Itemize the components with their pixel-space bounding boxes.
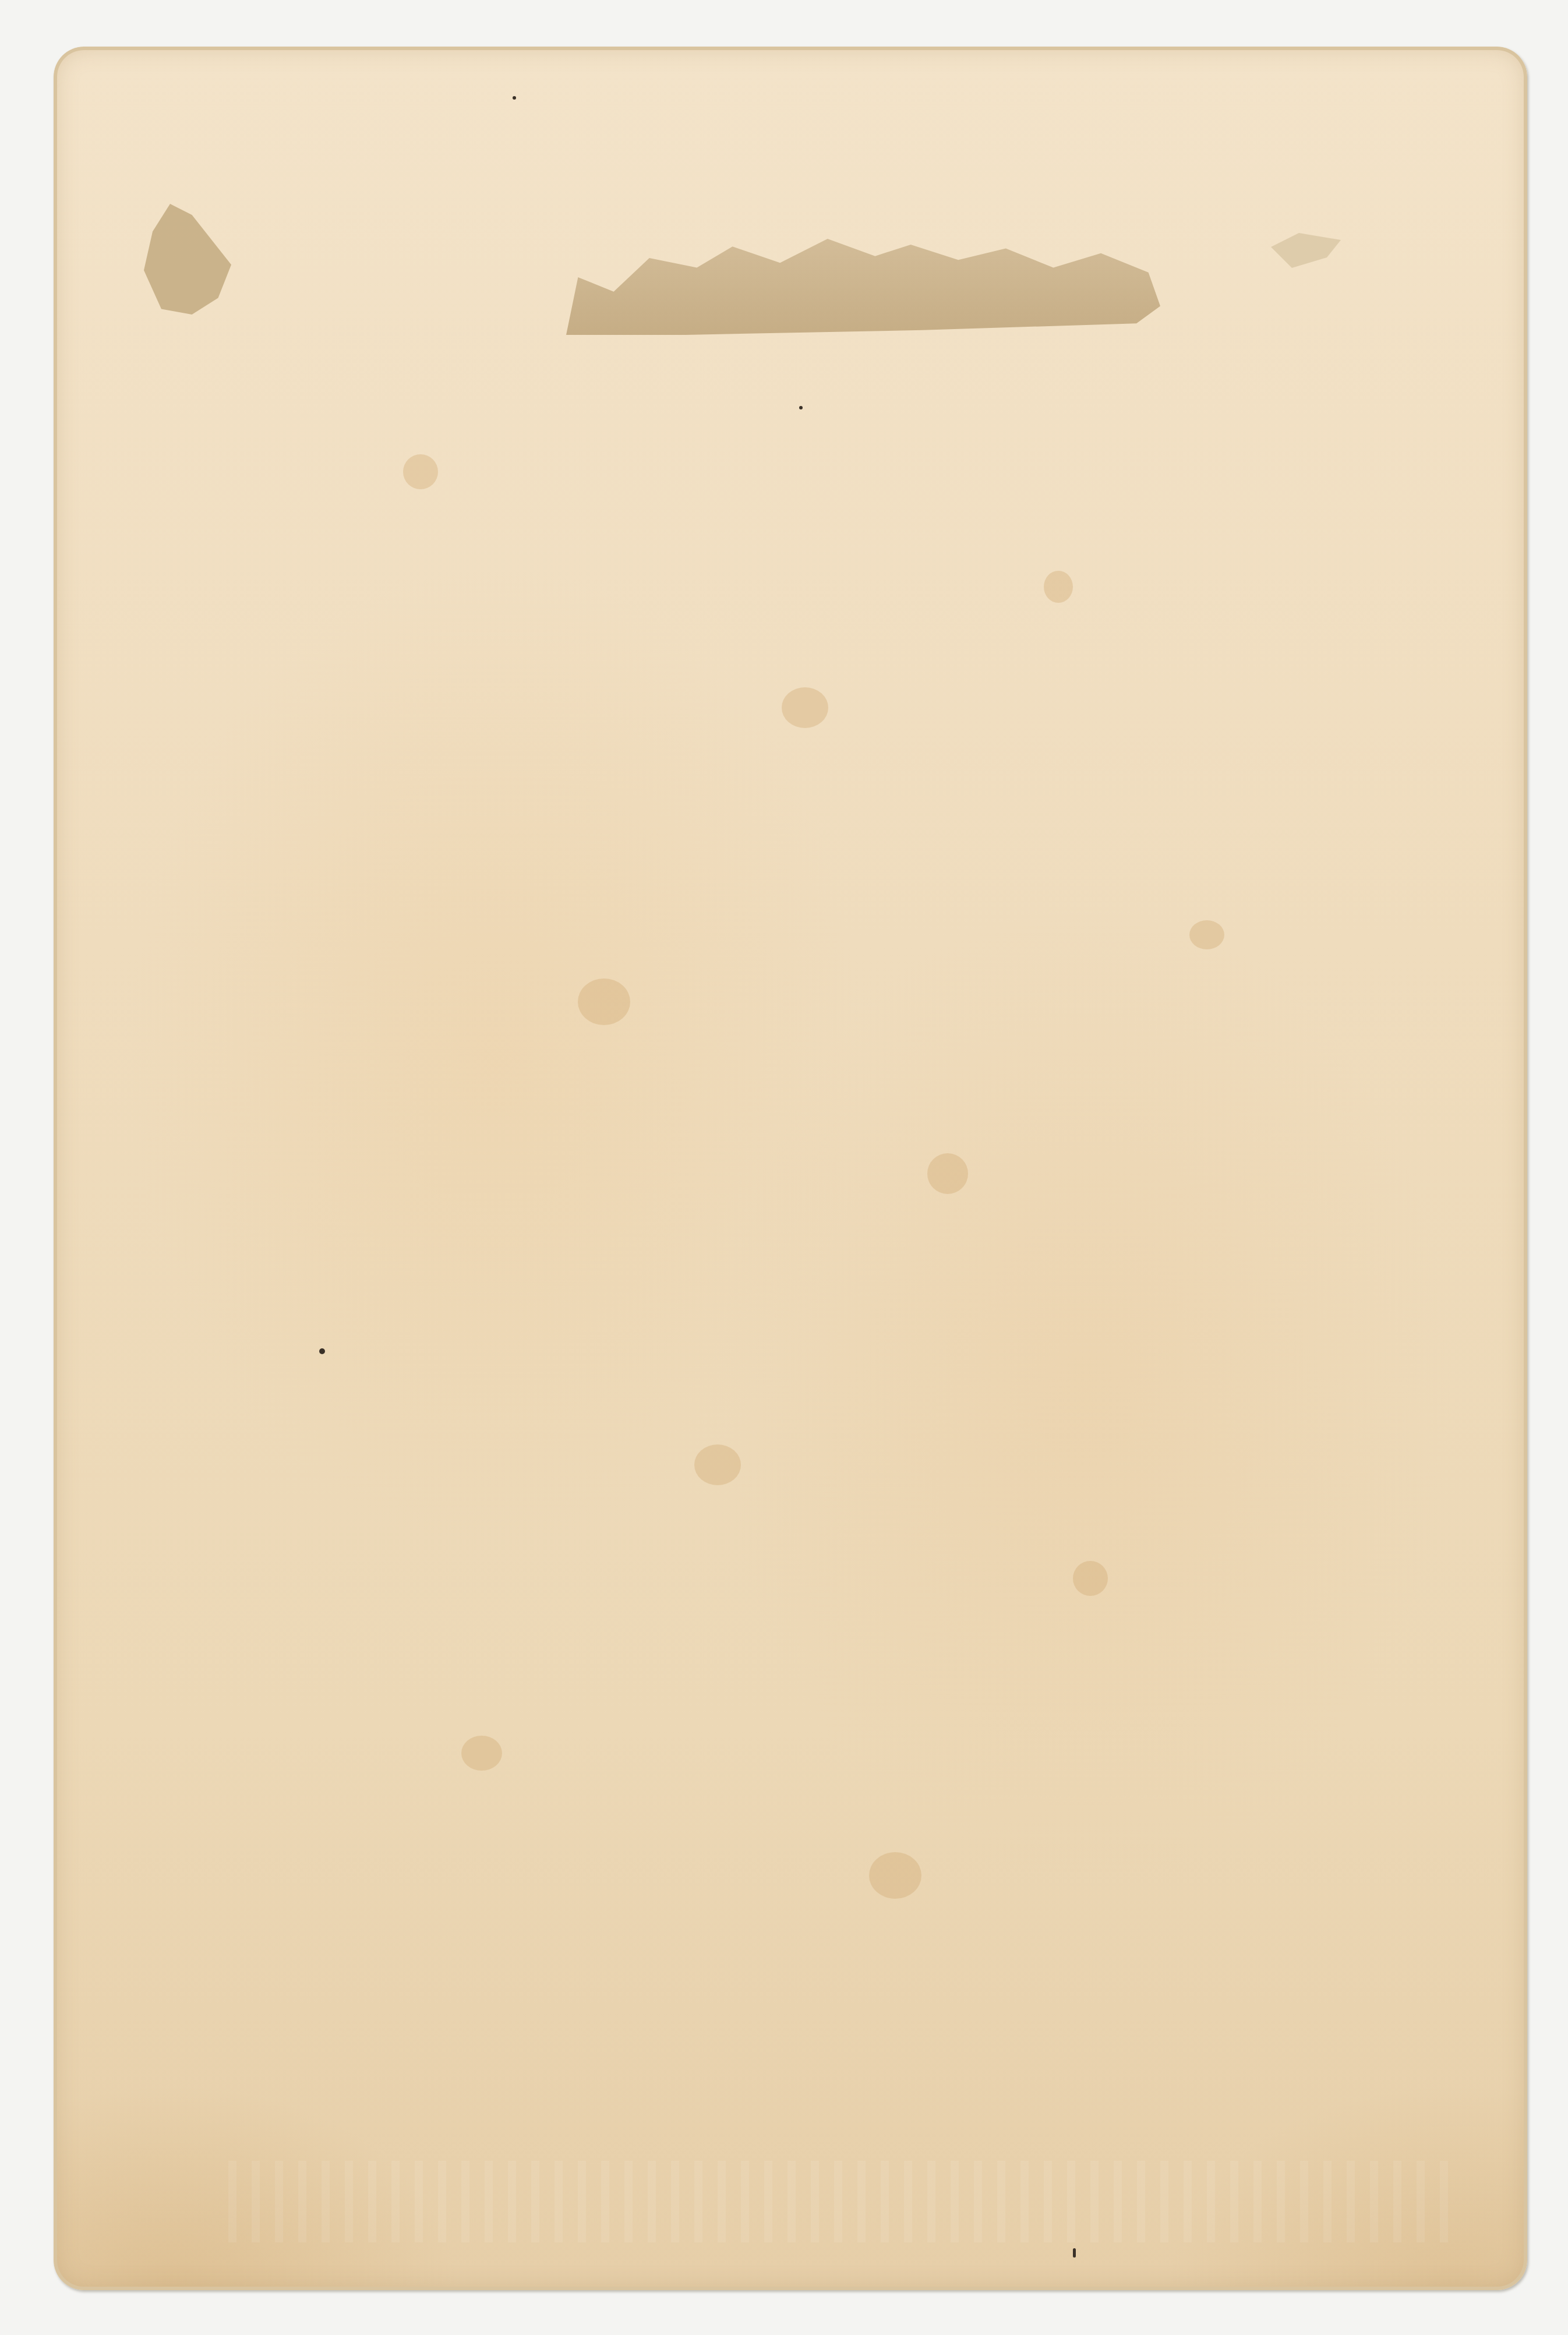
foxing-spot	[869, 1852, 921, 1899]
dark-speck	[513, 96, 516, 100]
foxing-spot	[578, 978, 630, 1025]
foxing-spot	[927, 1153, 968, 1194]
foxing-spot	[461, 1736, 502, 1771]
faint-imprint	[228, 2161, 1452, 2242]
foxing-spot	[1073, 1561, 1108, 1596]
torn-paper-remnant-left	[144, 204, 231, 315]
cabinet-card-back	[54, 47, 1527, 2290]
dark-speck	[799, 406, 803, 409]
torn-paper-remnant-right	[1271, 233, 1341, 268]
dark-speck	[1073, 2248, 1076, 2258]
dark-speck	[319, 1348, 325, 1354]
foxing-spot	[694, 1444, 741, 1485]
torn-paper-remnant-center	[566, 239, 1160, 335]
foxing-spot	[403, 454, 438, 489]
foxing-spot	[1189, 920, 1224, 949]
foxing-spot	[782, 687, 828, 728]
foxing-spot	[1044, 571, 1073, 603]
